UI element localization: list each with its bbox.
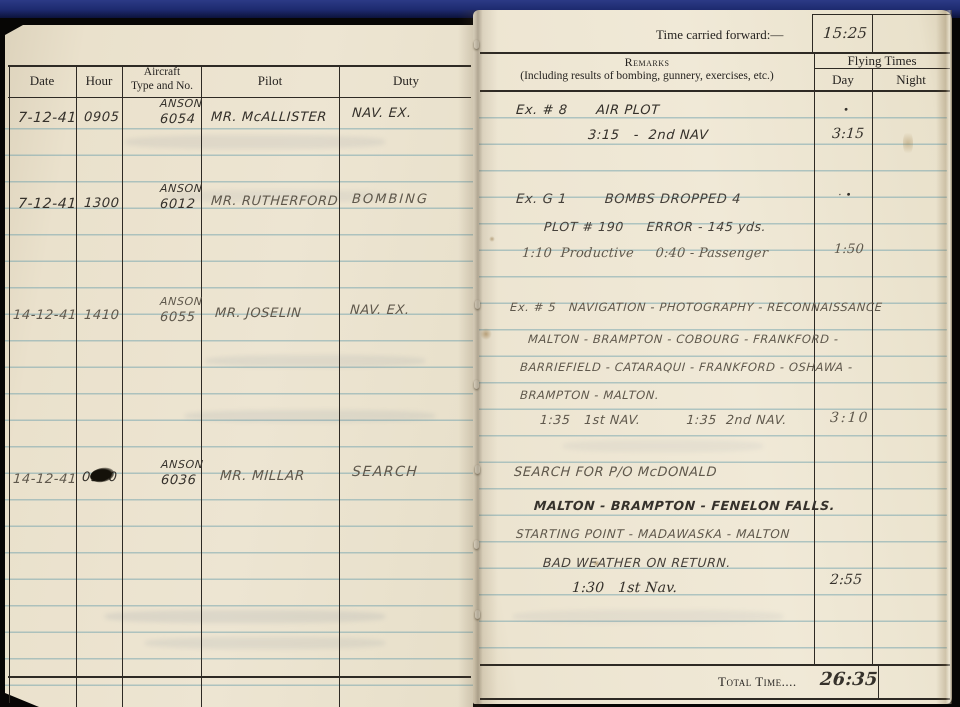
entry-remarks-line: MALTON - BRAMPTON - COBOURG - FRANKFORD … bbox=[528, 332, 840, 346]
entry-remarks-line: STARTING POINT - MADAWASKA - MALTON bbox=[516, 527, 791, 541]
entry-pilot: MR. JOSELIN bbox=[214, 306, 302, 321]
entry-remarks-line: Ex. # 5 NAVIGATION - PHOTOGRAPHY - RECON… bbox=[510, 300, 883, 314]
entry-day-time: 1:50 bbox=[833, 242, 864, 257]
entry-day-mark: · • bbox=[838, 190, 853, 201]
entry-duty: NAV. EX. bbox=[349, 303, 410, 318]
column-header-date: Date bbox=[30, 73, 55, 89]
age-spot bbox=[480, 328, 492, 340]
age-spot bbox=[489, 236, 495, 242]
column-header-duty: Duty bbox=[393, 73, 419, 89]
ruled-lines bbox=[479, 92, 947, 672]
column-header-pilot: Pilot bbox=[258, 73, 283, 89]
age-spot bbox=[903, 130, 913, 156]
total-time-label: Total Time.... bbox=[718, 674, 797, 690]
column-header-day: Day bbox=[832, 72, 854, 88]
entry-day-mark: • bbox=[843, 105, 850, 116]
entry-aircraft-no: 6055 bbox=[159, 310, 196, 325]
entry-day-time: 2:55 bbox=[829, 572, 862, 588]
bleed-through-smudge bbox=[513, 610, 783, 623]
entry-pilot: MR. MILLAR bbox=[219, 468, 305, 484]
total-time-value: 26:35 bbox=[819, 669, 878, 690]
entry-aircraft-no: 6054 bbox=[159, 112, 196, 127]
entry-aircraft-type: ANSON bbox=[160, 97, 204, 110]
remarks-title: Remarks bbox=[625, 55, 670, 70]
entry-remarks-line: Ex. G 1 BOMBS DROPPED 4 bbox=[515, 192, 741, 207]
remarks-subtitle: (Including results of bombing, gunnery, … bbox=[520, 70, 773, 82]
bleed-through-smudge bbox=[563, 440, 763, 452]
left-page bbox=[5, 25, 473, 707]
bleed-through-smudge bbox=[185, 410, 435, 422]
entry-remarks-line: BARRIEFIELD - CATARAQUI - FRANKFORD - OS… bbox=[520, 360, 854, 374]
entry-date: 14-12-41 bbox=[12, 472, 77, 487]
carried-forward-label: Time carried forward:— bbox=[656, 27, 783, 43]
bleed-through-smudge bbox=[205, 355, 425, 367]
entry-duty: BOMBING bbox=[351, 192, 429, 207]
entry-day-time: 3:10 bbox=[829, 410, 870, 426]
entry-remarks-line: BRAMPTON - MALTON. bbox=[520, 388, 660, 402]
entry-pilot: MR. RUTHERFORD bbox=[210, 194, 338, 209]
entry-remarks-line: SEARCH FOR P/O McDONALD bbox=[513, 465, 717, 480]
column-header-aircraft-line1: Aircraft bbox=[144, 66, 180, 78]
entry-hour: 1300 bbox=[83, 196, 120, 211]
entry-remarks-line: PLOT # 190 ERROR - 145 yds. bbox=[543, 219, 766, 234]
entry-duty: SEARCH bbox=[351, 464, 418, 480]
entry-remarks-line: MALTON - BRAMPTON - FENELON FALLS. bbox=[533, 498, 835, 513]
bleed-through-smudge bbox=[145, 637, 385, 649]
binding-stitch bbox=[474, 540, 479, 549]
binding-stitch bbox=[474, 40, 479, 49]
entry-aircraft-no: 6036 bbox=[160, 473, 197, 488]
entry-remarks-line: 1:30 1st Nav. bbox=[571, 580, 677, 596]
binding-stitch bbox=[474, 380, 479, 389]
binding-stitch bbox=[475, 300, 480, 309]
entry-pilot: MR. McALLISTER bbox=[210, 110, 327, 125]
logbook-scan: Date Hour Aircraft Type and No. Pilot Du… bbox=[0, 0, 960, 707]
entry-date: 7-12-41 bbox=[17, 110, 77, 126]
binding-stitch bbox=[475, 465, 480, 474]
entry-date: 14-12-41 bbox=[12, 308, 77, 323]
entry-duty: NAV. EX. bbox=[351, 106, 412, 121]
bleed-through-smudge bbox=[125, 135, 385, 149]
entry-remarks-line: BAD WEATHER ON RETURN. bbox=[542, 555, 731, 570]
carried-forward-value: 15:25 bbox=[822, 24, 867, 42]
entry-remarks-line: 1:35 1st NAV. 1:35 2nd NAV. bbox=[539, 412, 787, 427]
flying-times-title: Flying Times bbox=[847, 53, 916, 69]
bleed-through-smudge bbox=[105, 610, 385, 623]
binding-stitch bbox=[475, 610, 480, 619]
entry-date: 7-12-41 bbox=[17, 196, 77, 212]
entry-aircraft-type: ANSON bbox=[160, 182, 204, 195]
entry-aircraft-type: ANSON bbox=[160, 295, 204, 308]
entry-aircraft-type: ANSON bbox=[161, 458, 205, 471]
entry-remarks-line: 3:15 - 2nd NAV bbox=[587, 128, 709, 143]
entry-remarks-line: Ex. # 8 AIR PLOT bbox=[515, 103, 660, 118]
column-header-night: Night bbox=[896, 72, 926, 88]
entry-hour: 0905 bbox=[83, 110, 120, 125]
entry-aircraft-no: 6012 bbox=[159, 197, 196, 212]
entry-remarks-line: 1:10 Productive 0:40 - Passenger bbox=[521, 246, 768, 261]
column-header-aircraft-line2: Type and No. bbox=[131, 80, 193, 92]
entry-hour: 1410 bbox=[83, 308, 120, 323]
entry-day-time: 3:15 bbox=[831, 126, 864, 142]
column-header-hour: Hour bbox=[86, 73, 113, 89]
